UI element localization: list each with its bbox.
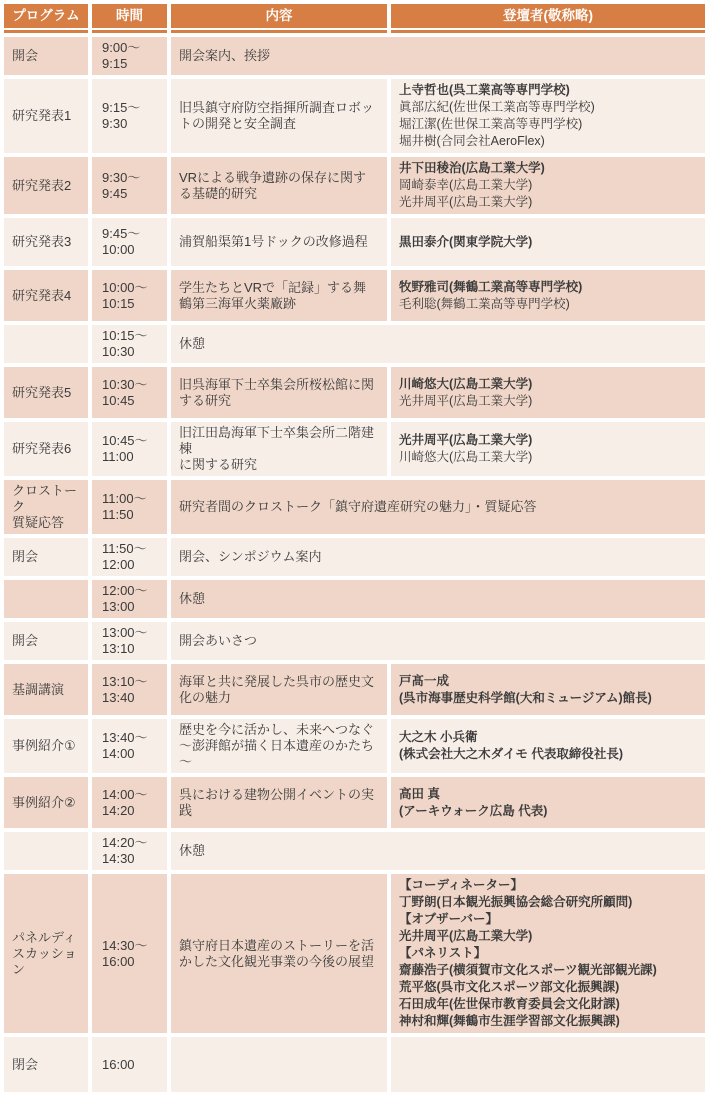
speaker-line: 荒平悠(呉市文化スポーツ部文化振興課) bbox=[399, 979, 697, 996]
column-header-time-label: 時間 bbox=[92, 4, 167, 28]
speaker-line: 黒田泰介(関東学院大学) bbox=[399, 234, 697, 251]
speaker-line: 【パネリスト】 bbox=[399, 945, 697, 962]
speaker-line: 光井周平(広島工業大学) bbox=[399, 194, 697, 211]
program-cell: 研究発表5 bbox=[4, 367, 88, 418]
speaker-line: (株式会社大之木ダイモ 代表取締役社長) bbox=[399, 746, 697, 763]
content-cell: 休憩 bbox=[171, 325, 705, 363]
speakers-cell: 井下田稜治(広島工業大学)岡崎泰幸(広島工業大学)光井周平(広島工業大学) bbox=[391, 157, 705, 214]
speakers-cell bbox=[391, 1037, 705, 1092]
time-cell: 13:10～ 13:40 bbox=[92, 664, 167, 715]
speaker-line: 【コーディネーター】 bbox=[399, 877, 697, 894]
table-row: 開会9:00～ 9:15開会案内、挨拶 bbox=[4, 37, 705, 75]
time-cell: 9:00～ 9:15 bbox=[92, 37, 167, 75]
speakers-cell: 上寺哲也(呉工業高等専門学校)眞部広紀(佐世保工業高等専門学校)堀江潔(佐世保工… bbox=[391, 79, 705, 153]
time-cell: 13:40～ 14:00 bbox=[92, 719, 167, 773]
speaker-line: 大之木 小兵衛 bbox=[399, 729, 697, 746]
content-cell: 開会あいさつ bbox=[171, 622, 705, 660]
speaker-line: 戸髙一成 bbox=[399, 673, 697, 690]
program-cell bbox=[4, 580, 88, 618]
content-cell bbox=[171, 1037, 387, 1092]
program-cell: 基調講演 bbox=[4, 664, 88, 715]
column-header-program-label: プログラム bbox=[4, 4, 88, 28]
speaker-line: 眞部広紀(佐世保工業高等専門学校) bbox=[399, 99, 697, 116]
speaker-line: 堀井樹(合同会社AeroFlex) bbox=[399, 133, 697, 150]
speakers-cell: 黒田泰介(関東学院大学) bbox=[391, 218, 705, 266]
program-schedule-table: プログラム 時間 内容 登壇者(敬称略) 開会9:00～ 9:15開会案内、挨拶… bbox=[0, 0, 709, 1096]
program-cell: 開会 bbox=[4, 622, 88, 660]
time-cell: 10:45～ 11:00 bbox=[92, 422, 167, 476]
program-cell: クロストーク 質疑応答 bbox=[4, 480, 88, 534]
table-row: 研究発表510:30～ 10:45旧呉海軍下士卒集会所桜松館に関する研究川崎悠大… bbox=[4, 367, 705, 418]
table-row: 研究発表29:30～ 9:45VRによる戦争遺跡の保存に関する基礎的研究井下田稜… bbox=[4, 157, 705, 214]
program-cell: 開会 bbox=[4, 37, 88, 75]
column-header-speakers: 登壇者(敬称略) bbox=[391, 4, 705, 33]
speaker-line: (アーキウォーク広島 代表) bbox=[399, 803, 697, 820]
content-cell: 休憩 bbox=[171, 580, 705, 618]
program-cell: 研究発表6 bbox=[4, 422, 88, 476]
program-cell bbox=[4, 832, 88, 870]
time-cell: 14:20～ 14:30 bbox=[92, 832, 167, 870]
content-cell: 学生たちとVRで「記録」する舞鶴第三海軍火薬廠跡 bbox=[171, 270, 387, 321]
speaker-line: 上寺哲也(呉工業高等専門学校) bbox=[399, 82, 697, 99]
content-cell: VRによる戦争遺跡の保存に関する基礎的研究 bbox=[171, 157, 387, 214]
table-row: 閉会16:00 bbox=[4, 1037, 705, 1092]
time-cell: 12:00～ 13:00 bbox=[92, 580, 167, 618]
speaker-line: 井下田稜治(広島工業大学) bbox=[399, 160, 697, 177]
column-header-speakers-label: 登壇者(敬称略) bbox=[391, 4, 705, 28]
content-cell: 休憩 bbox=[171, 832, 705, 870]
time-cell: 14:30～ 16:00 bbox=[92, 874, 167, 1033]
column-header-content: 内容 bbox=[171, 4, 387, 33]
program-cell: 研究発表2 bbox=[4, 157, 88, 214]
speaker-line: 石田成年(佐世保市教育委員会文化財課) bbox=[399, 996, 697, 1013]
table-row: 閉会11:50～ 12:00閉会、シンポジウム案内 bbox=[4, 538, 705, 576]
table-row: パネルディ スカッション14:30～ 16:00鎮守府日本遺産のストーリーを活か… bbox=[4, 874, 705, 1033]
content-cell: 海軍と共に発展した呉市の歴史文化の魅力 bbox=[171, 664, 387, 715]
time-cell: 10:00～ 10:15 bbox=[92, 270, 167, 321]
content-cell: 旧呉海軍下士卒集会所桜松館に関する研究 bbox=[171, 367, 387, 418]
program-cell: 研究発表3 bbox=[4, 218, 88, 266]
table-row: 事例紹介②14:00～ 14:20呉における建物公開イベントの実践高田 真(アー… bbox=[4, 777, 705, 828]
table-row: 研究発表39:45～ 10:00浦賀船渠第1号ドックの改修過程黒田泰介(関東学院… bbox=[4, 218, 705, 266]
time-cell: 16:00 bbox=[92, 1037, 167, 1092]
speakers-cell: 川崎悠大(広島工業大学)光井周平(広島工業大学) bbox=[391, 367, 705, 418]
speakers-cell: 戸髙一成(呉市海事歴史科学館(大和ミュージアム)館長) bbox=[391, 664, 705, 715]
table-row: 基調講演13:10～ 13:40海軍と共に発展した呉市の歴史文化の魅力戸髙一成(… bbox=[4, 664, 705, 715]
speaker-line: 光井周平(広島工業大学) bbox=[399, 928, 697, 945]
speaker-line: (呉市海事歴史科学館(大和ミュージアム)館長) bbox=[399, 690, 697, 707]
speakers-cell: 光井周平(広島工業大学)川崎悠大(広島工業大学) bbox=[391, 422, 705, 476]
table-row: 事例紹介①13:40～ 14:00歴史を今に活かし、未来へつなぐ ～澎湃館が描く… bbox=[4, 719, 705, 773]
time-cell: 11:00～ 11:50 bbox=[92, 480, 167, 534]
column-header-program: プログラム bbox=[4, 4, 88, 33]
speaker-line: 神村和輝(舞鶴市生涯学習部文化振興課) bbox=[399, 1013, 697, 1030]
time-cell: 9:30～ 9:45 bbox=[92, 157, 167, 214]
table-row: 研究発表610:45～ 11:00旧江田島海軍下士卒集会所二階建棟 に関する研究… bbox=[4, 422, 705, 476]
content-cell: 開会案内、挨拶 bbox=[171, 37, 705, 75]
program-cell: 研究発表1 bbox=[4, 79, 88, 153]
table-row: 開会13:00～ 13:10開会あいさつ bbox=[4, 622, 705, 660]
speakers-cell: 大之木 小兵衛(株式会社大之木ダイモ 代表取締役社長) bbox=[391, 719, 705, 773]
speaker-line: 堀江潔(佐世保工業高等専門学校) bbox=[399, 116, 697, 133]
table-row: 14:20～ 14:30休憩 bbox=[4, 832, 705, 870]
time-cell: 9:15～ 9:30 bbox=[92, 79, 167, 153]
speakers-cell: 牧野雅司(舞鶴工業高等専門学校)毛利聡(舞鶴工業高等専門学校) bbox=[391, 270, 705, 321]
speaker-line: 岡崎泰幸(広島工業大学) bbox=[399, 177, 697, 194]
speakers-cell: 高田 真(アーキウォーク広島 代表) bbox=[391, 777, 705, 828]
speaker-line: 丁野朗(日本観光振興協会総合研究所顧問) bbox=[399, 894, 697, 911]
program-cell: 研究発表4 bbox=[4, 270, 88, 321]
time-cell: 14:00～ 14:20 bbox=[92, 777, 167, 828]
program-cell: 閉会 bbox=[4, 1037, 88, 1092]
time-cell: 9:45～ 10:00 bbox=[92, 218, 167, 266]
content-cell: 旧呉鎮守府防空指揮所調査ロボットの開発と安全調査 bbox=[171, 79, 387, 153]
speaker-line: 【オブザーバー】 bbox=[399, 911, 697, 928]
time-cell: 11:50～ 12:00 bbox=[92, 538, 167, 576]
speaker-line: 光井周平(広島工業大学) bbox=[399, 432, 697, 449]
content-cell: 閉会、シンポジウム案内 bbox=[171, 538, 705, 576]
program-cell: 事例紹介② bbox=[4, 777, 88, 828]
column-header-content-label: 内容 bbox=[171, 4, 387, 28]
table-row: 研究発表410:00～ 10:15学生たちとVRで「記録」する舞鶴第三海軍火薬廠… bbox=[4, 270, 705, 321]
table-row: クロストーク 質疑応答11:00～ 11:50研究者間のクロストーク「鎮守府遺産… bbox=[4, 480, 705, 534]
program-cell bbox=[4, 325, 88, 363]
content-cell: 研究者間のクロストーク「鎮守府遺産研究の魅力」・質疑応答 bbox=[171, 480, 705, 534]
speaker-line: 川崎悠大(広島工業大学) bbox=[399, 376, 697, 393]
speaker-line: 川崎悠大(広島工業大学) bbox=[399, 449, 697, 466]
program-cell: 閉会 bbox=[4, 538, 88, 576]
time-cell: 10:15～ 10:30 bbox=[92, 325, 167, 363]
table-header-row: プログラム 時間 内容 登壇者(敬称略) bbox=[4, 4, 705, 33]
content-cell: 旧江田島海軍下士卒集会所二階建棟 に関する研究 bbox=[171, 422, 387, 476]
content-cell: 呉における建物公開イベントの実践 bbox=[171, 777, 387, 828]
table-row: 10:15～ 10:30休憩 bbox=[4, 325, 705, 363]
table-row: 12:00～ 13:00休憩 bbox=[4, 580, 705, 618]
table-row: 研究発表19:15～ 9:30旧呉鎮守府防空指揮所調査ロボットの開発と安全調査上… bbox=[4, 79, 705, 153]
speaker-line: 毛利聡(舞鶴工業高等専門学校) bbox=[399, 296, 697, 313]
speaker-line: 光井周平(広島工業大学) bbox=[399, 393, 697, 410]
speakers-cell: 【コーディネーター】丁野朗(日本観光振興協会総合研究所顧問)【オブザーバー】光井… bbox=[391, 874, 705, 1033]
program-cell: パネルディ スカッション bbox=[4, 874, 88, 1033]
program-cell: 事例紹介① bbox=[4, 719, 88, 773]
table-body: 開会9:00～ 9:15開会案内、挨拶研究発表19:15～ 9:30旧呉鎮守府防… bbox=[4, 37, 705, 1092]
content-cell: 浦賀船渠第1号ドックの改修過程 bbox=[171, 218, 387, 266]
speaker-line: 齋藤浩子(横須賀市文化スポーツ観光部観光課) bbox=[399, 962, 697, 979]
speaker-line: 牧野雅司(舞鶴工業高等専門学校) bbox=[399, 279, 697, 296]
content-cell: 歴史を今に活かし、未来へつなぐ ～澎湃館が描く日本遺産のかたち～ bbox=[171, 719, 387, 773]
speaker-line: 高田 真 bbox=[399, 786, 697, 803]
content-cell: 鎮守府日本遺産のストーリーを活かした文化観光事業の今後の展望 bbox=[171, 874, 387, 1033]
column-header-time: 時間 bbox=[92, 4, 167, 33]
time-cell: 10:30～ 10:45 bbox=[92, 367, 167, 418]
time-cell: 13:00～ 13:10 bbox=[92, 622, 167, 660]
